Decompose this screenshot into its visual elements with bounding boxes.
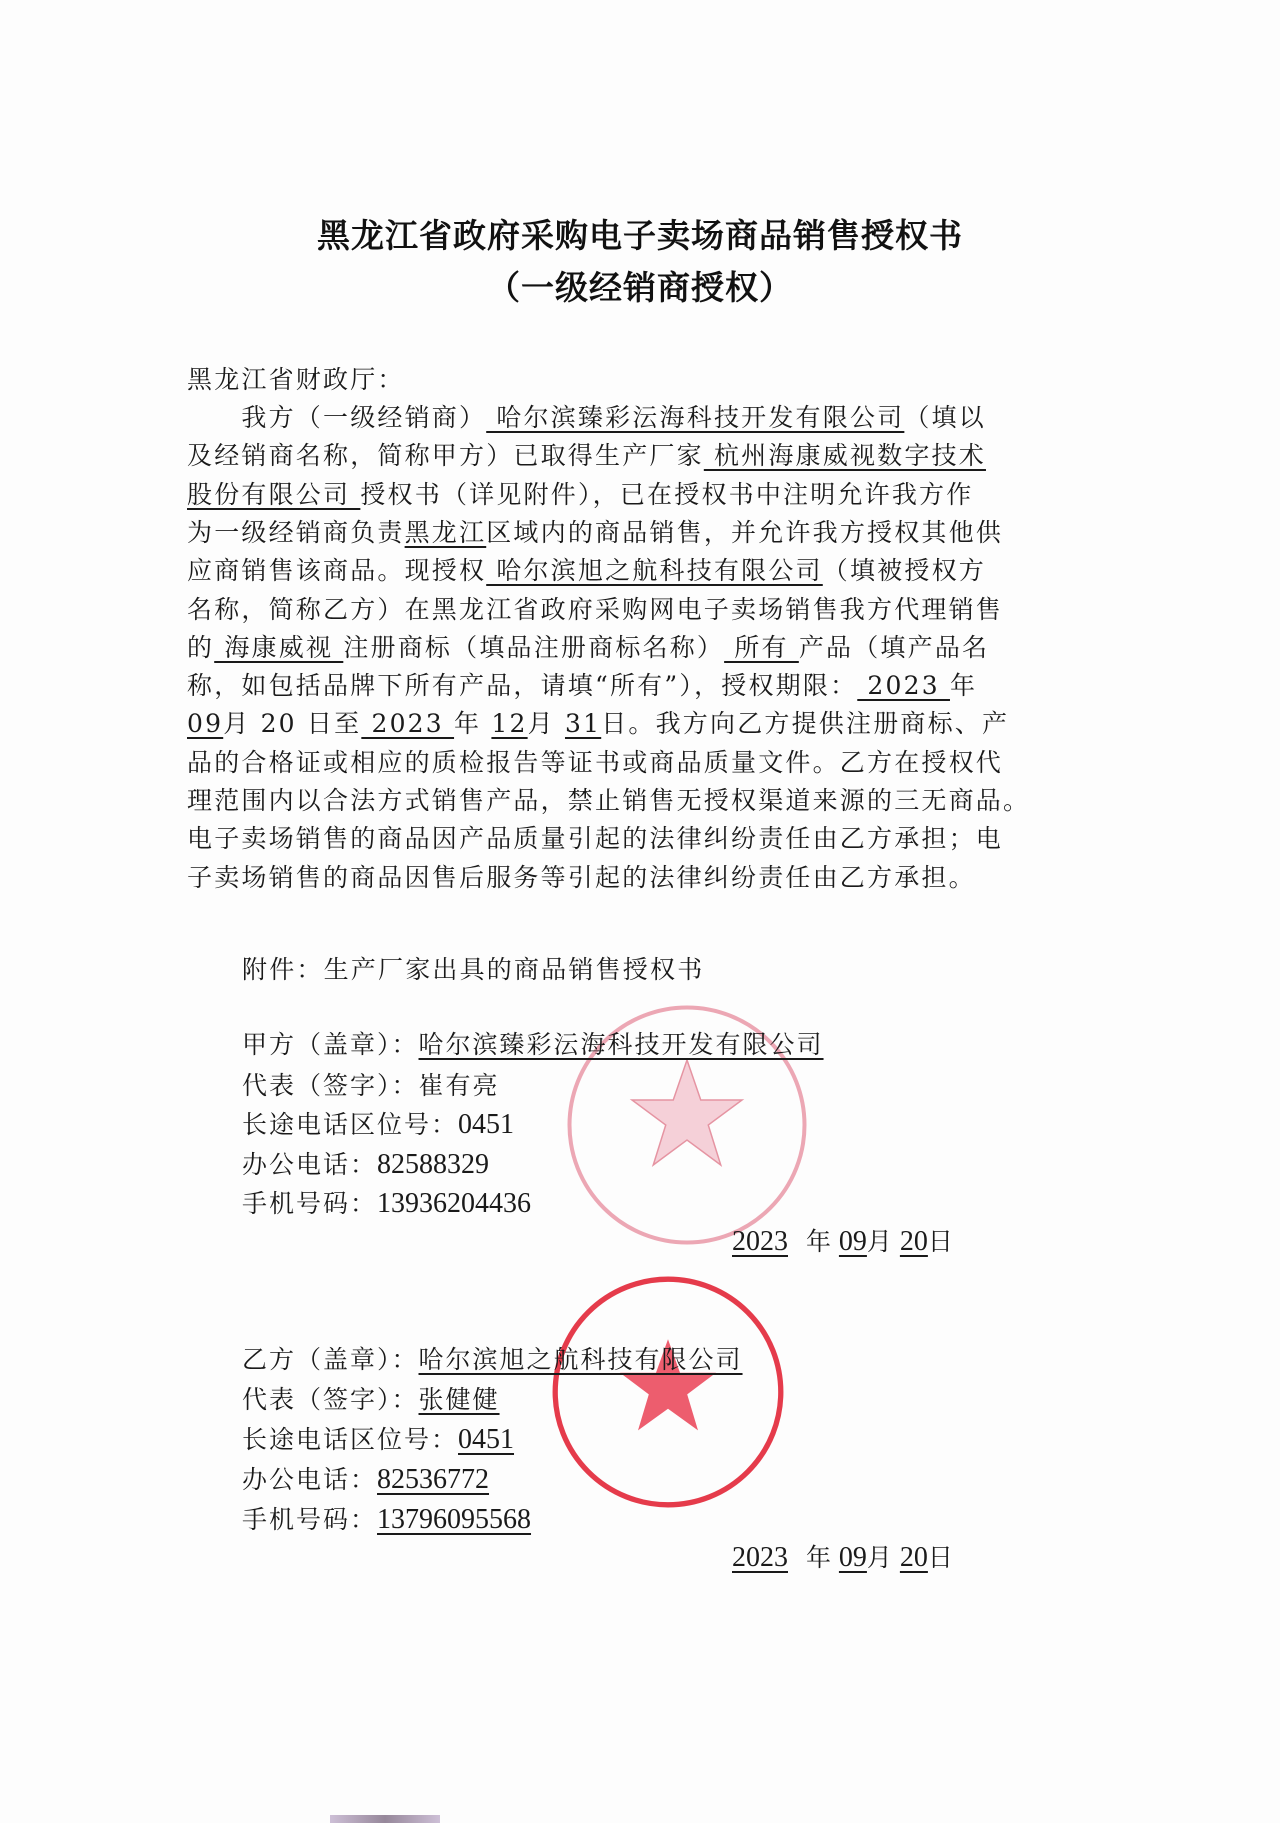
body-line: 09月 20 日至 2023 年 12月 31日。我方向乙方提供注册商标、产 xyxy=(187,704,1009,740)
body-text: 为一级经销商负责 xyxy=(187,518,405,547)
addressee: 黑龙江省财政厅： xyxy=(187,360,405,396)
party-a-date-month: 09 xyxy=(839,1226,867,1257)
body-line: 理范围内以合法方式销售产品，禁止销售无授权渠道来源的三无商品。 xyxy=(187,781,1030,817)
party-a-office-phone: 82588329 xyxy=(377,1149,489,1180)
party-b-company: 哈尔滨旭之航科技有限公司 xyxy=(419,1345,743,1374)
filled-blank: 哈尔滨臻彩沄海科技开发有限公司 xyxy=(486,403,904,432)
body-text: 名称，简称乙方）在黑龙江省政府采购网电子卖场销售我方代理销售 xyxy=(187,595,1003,624)
party-b-seal-stamp xyxy=(548,1272,788,1512)
body-line: 电子卖场销售的商品因产品质量引起的法律纠纷责任由乙方承担；电 xyxy=(187,819,1003,855)
filled-blank: 股份有限公司 xyxy=(187,480,360,509)
day-unit: 日 xyxy=(928,1543,953,1572)
party-b-office-phone-label: 办公电话： xyxy=(242,1465,377,1494)
body-text: 的 xyxy=(187,633,214,662)
party-b-rep-label: 代表（签字）： xyxy=(242,1385,419,1414)
party-a-rep-row: 代表（签字）：崔有亮 xyxy=(242,1066,500,1102)
party-a-area-code-label: 长途电话区位号： xyxy=(242,1110,458,1139)
body-text: 称，如包括品牌下所有产品，请填“所有”），授权期限： xyxy=(187,671,857,700)
party-b-date-day: 20 xyxy=(900,1542,928,1573)
body-line: 名称，简称乙方）在黑龙江省政府采购网电子卖场销售我方代理销售 xyxy=(187,590,1003,626)
party-a-date-year: 2023 xyxy=(722,1226,798,1257)
party-b-area-code: 0451 xyxy=(458,1424,514,1455)
party-a-mobile: 13936204436 xyxy=(377,1188,531,1219)
party-a-office-phone-row: 办公电话：82588329 xyxy=(242,1145,489,1181)
party-a-seal-label: 甲方（盖章）： xyxy=(242,1030,419,1059)
body-text: 日。我方向乙方提供注册商标、产 xyxy=(601,709,1009,738)
body-line: 应商销售该商品。现授权 哈尔滨旭之航科技有限公司（填被授权方 xyxy=(187,551,986,587)
body-text: 注册商标（填品注册商标名称） xyxy=(343,633,724,662)
party-a-rep-label: 代表（签字）： xyxy=(242,1071,419,1100)
scan-artifact xyxy=(330,1815,440,1823)
filled-blank: 31 xyxy=(565,709,601,738)
body-text: 应商销售该商品。现授权 xyxy=(187,556,486,585)
party-b-mobile-row: 手机号码：13796095568 xyxy=(242,1500,531,1536)
body-line: 及经销商名称，简称甲方）已取得生产厂家 杭州海康威视数字技术 xyxy=(187,436,986,472)
party-b-office-phone: 82536772 xyxy=(377,1464,489,1495)
party-a-seal-row: 甲方（盖章）：哈尔滨臻彩沄海科技开发有限公司 xyxy=(242,1025,824,1061)
body-text: 年 xyxy=(950,671,977,700)
filled-blank: 09 xyxy=(187,709,223,738)
filled-blank: 2023 xyxy=(361,709,454,738)
party-b-seal-label: 乙方（盖章）： xyxy=(242,1345,419,1374)
body-text: 年 xyxy=(454,709,491,738)
party-a-date-day: 20 xyxy=(900,1226,928,1257)
party-b-mobile-label: 手机号码： xyxy=(242,1505,377,1534)
body-line: 的 海康威视 注册商标（填品注册商标名称） 所有 产品（填产品名 xyxy=(187,628,989,664)
day-unit: 日 xyxy=(928,1227,953,1256)
body-line: 股份有限公司 授权书（详见附件），已在授权书中注明允许我方作 xyxy=(187,475,973,511)
body-text: 区域内的商品销售，并允许我方授权其他供 xyxy=(486,518,1003,547)
body-line: 为一级经销商负责黑龙江区域内的商品销售，并允许我方授权其他供 xyxy=(187,513,1003,549)
body-line: 称，如包括品牌下所有产品，请填“所有”），授权期限： 2023 年 xyxy=(187,666,977,702)
party-b-mobile: 13796095568 xyxy=(377,1504,531,1535)
body-text: 授权书（详见附件），已在授权书中注明允许我方作 xyxy=(360,480,973,509)
party-b-area-code-label: 长途电话区位号： xyxy=(242,1425,458,1454)
party-b-rep: 张健健 xyxy=(419,1385,500,1414)
body-line: 我方（一级经销商） 哈尔滨臻彩沄海科技开发有限公司（填以 xyxy=(187,398,986,434)
filled-blank: 黑龙江 xyxy=(405,518,487,547)
party-b-office-phone-row: 办公电话：82536772 xyxy=(242,1460,489,1496)
party-a-mobile-label: 手机号码： xyxy=(242,1189,377,1218)
filled-blank: 所有 xyxy=(724,633,799,662)
document-title: 黑龙江省政府采购电子卖场商品销售授权书 xyxy=(0,210,1280,257)
party-b-rep-row: 代表（签字）：张健健 xyxy=(242,1380,500,1416)
party-b-date-year: 2023 xyxy=(722,1542,798,1573)
party-a-date: 2023 年 09月 20日 xyxy=(722,1222,953,1258)
year-unit: 年 xyxy=(806,1543,831,1572)
body-text: 及经销商名称，简称甲方）已取得生产厂家 xyxy=(187,441,704,470)
body-text: 子卖场销售的商品因售后服务等引起的法律纠纷责任由乙方承担。 xyxy=(187,863,976,892)
body-text: 电子卖场销售的商品因产品质量引起的法律纠纷责任由乙方承担；电 xyxy=(187,824,1003,853)
body-line: 子卖场销售的商品因售后服务等引起的法律纠纷责任由乙方承担。 xyxy=(187,858,976,894)
party-b-date-month: 09 xyxy=(839,1542,867,1573)
body-text: （填被授权方 xyxy=(823,556,986,585)
body-text: 品的合格证或相应的质检报告等证书或商品质量文件。乙方在授权代 xyxy=(187,748,1003,777)
filled-blank: 2023 xyxy=(857,671,950,700)
party-b-date: 2023 年 09月 20日 xyxy=(722,1538,953,1574)
body-text: 理范围内以合法方式销售产品，禁止销售无授权渠道来源的三无商品。 xyxy=(187,786,1030,815)
document-page: 黑龙江省政府采购电子卖场商品销售授权书 （一级经销商授权） 黑龙江省财政厅： 我… xyxy=(0,0,1280,1823)
body-text: （填以 xyxy=(904,403,986,432)
party-a-mobile-row: 手机号码：13936204436 xyxy=(242,1184,531,1220)
party-a-office-phone-label: 办公电话： xyxy=(242,1150,377,1179)
party-a-rep: 崔有亮 xyxy=(419,1071,500,1100)
month-unit: 月 xyxy=(867,1543,892,1572)
party-a-area-code-row: 长途电话区位号：0451 xyxy=(242,1105,514,1141)
filled-blank: 杭州海康威视数字技术 xyxy=(704,441,986,470)
year-unit: 年 xyxy=(806,1227,831,1256)
body-text: 月 xyxy=(528,709,565,738)
party-b-area-code-row: 长途电话区位号：0451 xyxy=(242,1420,514,1456)
attachment-note: 附件：生产厂家出具的商品销售授权书 xyxy=(242,950,704,986)
body-text: 月 20 日至 xyxy=(223,709,361,738)
filled-blank: 海康威视 xyxy=(214,633,343,662)
month-unit: 月 xyxy=(867,1227,892,1256)
document-subtitle: （一级经销商授权） xyxy=(0,262,1280,309)
body-text: 产品（填产品名 xyxy=(799,633,989,662)
body-text: 我方（一级经销商） xyxy=(187,403,486,432)
party-a-area-code: 0451 xyxy=(458,1109,514,1140)
filled-blank: 哈尔滨旭之航科技有限公司 xyxy=(486,556,823,585)
filled-blank: 12 xyxy=(491,709,527,738)
party-a-company: 哈尔滨臻彩沄海科技开发有限公司 xyxy=(419,1030,824,1059)
party-b-seal-row: 乙方（盖章）：哈尔滨旭之航科技有限公司 xyxy=(242,1340,743,1376)
body-line: 品的合格证或相应的质检报告等证书或商品质量文件。乙方在授权代 xyxy=(187,743,1003,779)
